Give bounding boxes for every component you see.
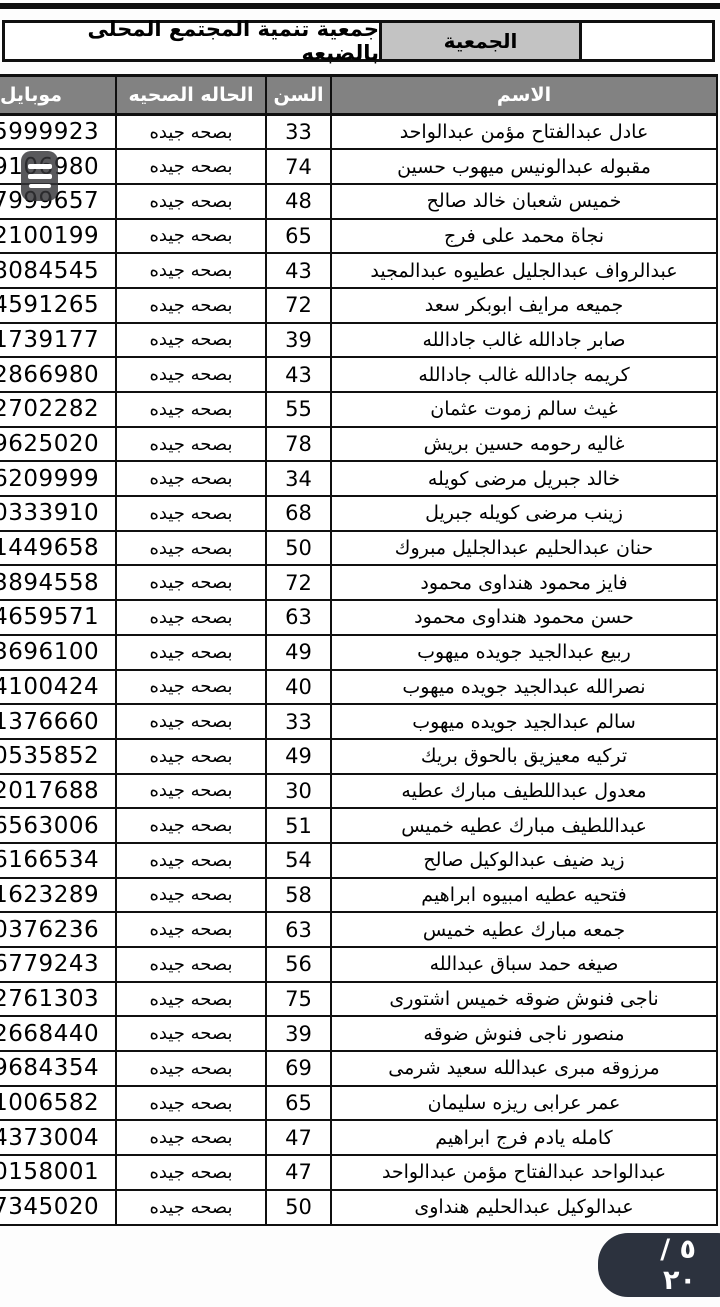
age-cell: 40 bbox=[266, 670, 331, 705]
name-cell: عبدالواحد عبدالفتاح مؤمن عبدالواحد bbox=[331, 1155, 717, 1190]
table-body: 285999923بصحه جيده33عادل عبدالفتاح مؤمن … bbox=[0, 115, 717, 1225]
mobile-cell: 001006582 bbox=[0, 1086, 116, 1121]
age-cell: 54 bbox=[266, 843, 331, 878]
age-cell: 50 bbox=[266, 531, 331, 566]
age-cell: 75 bbox=[266, 982, 331, 1017]
health-cell: بصحه جيده bbox=[116, 357, 266, 392]
mobile-cell: 220376236 bbox=[0, 912, 116, 947]
mobile-cell: 273894558 bbox=[0, 565, 116, 600]
health-cell: بصحه جيده bbox=[116, 704, 266, 739]
name-cell: صابر جادالله غالب جادالله bbox=[331, 323, 717, 358]
age-cell: 58 bbox=[266, 878, 331, 913]
table-row: 284659571بصحه جيده63حسن محمود هنداوى محم… bbox=[0, 600, 717, 635]
name-cell: خميس شعبان خالد صالح bbox=[331, 184, 717, 219]
table-row: 280535852بصحه جيده49تركيه معيزيق بالحوق … bbox=[0, 739, 717, 774]
mobile-cell: 226779243 bbox=[0, 947, 116, 982]
age-cell: 69 bbox=[266, 1051, 331, 1086]
name-cell: خالد جبريل مرضى كويله bbox=[331, 461, 717, 496]
table-row: 229106980بصحه جيده74مقبوله عبدالونيس ميه… bbox=[0, 149, 717, 184]
mobile-cell: 281376660 bbox=[0, 704, 116, 739]
top-divider-rule bbox=[0, 3, 720, 9]
name-cell: نصرالله عبدالجيد جويده ميهوب bbox=[331, 670, 717, 705]
name-cell: صيغه حمد سباق عبدالله bbox=[331, 947, 717, 982]
mobile-cell: 111739177 bbox=[0, 323, 116, 358]
column-header-mobile: موبايل bbox=[0, 76, 116, 115]
table-row: 224100424بصحه جيده40نصرالله عبدالجيد جوي… bbox=[0, 670, 717, 705]
health-cell: بصحه جيده bbox=[116, 1016, 266, 1051]
table-header-row: موبايل الحاله الصحيه السن الاسم bbox=[0, 76, 717, 115]
health-cell: بصحه جيده bbox=[116, 149, 266, 184]
table-row: 001006582بصحه جيده65عمر عرابى ريزه سليما… bbox=[0, 1086, 717, 1121]
age-cell: 63 bbox=[266, 600, 331, 635]
name-cell: زينب مرضى كويله جبريل bbox=[331, 496, 717, 531]
health-cell: بصحه جيده bbox=[116, 531, 266, 566]
age-cell: 34 bbox=[266, 461, 331, 496]
table-row: 221623289بصحه جيده58فتحيه عطيه امبيوه اب… bbox=[0, 878, 717, 913]
table-row: 222866980بصحه جيده43كريمه جادالله غالب ج… bbox=[0, 357, 717, 392]
name-cell: تركيه معيزيق بالحوق بريك bbox=[331, 739, 717, 774]
health-cell: بصحه جيده bbox=[116, 982, 266, 1017]
name-cell: فتحيه عطيه امبيوه ابراهيم bbox=[331, 878, 717, 913]
table-row: 227345020بصحه جيده50عبدالوكيل عبدالحليم … bbox=[0, 1190, 717, 1225]
health-cell: بصحه جيده bbox=[116, 600, 266, 635]
name-cell: سالم عبدالجيد جويده ميهوب bbox=[331, 704, 717, 739]
table-row: 016209999بصحه جيده34خالد جبريل مرضى كويل… bbox=[0, 461, 717, 496]
age-cell: 72 bbox=[266, 288, 331, 323]
table-row: 222761303بصحه جيده75ناجى فنوش ضوقه خميس … bbox=[0, 982, 717, 1017]
age-cell: 74 bbox=[266, 149, 331, 184]
name-cell: عبداللطيف مبارك عطيه خميس bbox=[331, 808, 717, 843]
name-cell: حنان عبدالحليم عبدالجليل مبروك bbox=[331, 531, 717, 566]
health-cell: بصحه جيده bbox=[116, 912, 266, 947]
org-blank-box bbox=[579, 20, 715, 62]
table-row: 223696100بصحه جيده49ربيع عبدالجيد جويده … bbox=[0, 635, 717, 670]
health-cell: بصحه جيده bbox=[116, 323, 266, 358]
age-cell: 33 bbox=[266, 115, 331, 150]
table-row: 281376660بصحه جيده33سالم عبدالجيد جويده … bbox=[0, 704, 717, 739]
name-cell: مرزوقه مبرى عبدالله سعيد شرمى bbox=[331, 1051, 717, 1086]
health-cell: بصحه جيده bbox=[116, 288, 266, 323]
mobile-cell: 100158001 bbox=[0, 1155, 116, 1190]
table-row: 220376236بصحه جيده63جمعه مبارك عطيه خميس bbox=[0, 912, 717, 947]
name-cell: عبدالوكيل عبدالحليم هنداوى bbox=[331, 1190, 717, 1225]
table-row: 280333910بصحه جيده68زينب مرضى كويله جبري… bbox=[0, 496, 717, 531]
name-cell: نجاة محمد على فرج bbox=[331, 219, 717, 254]
table-row: 273894558بصحه جيده72فايز محمود هنداوى مح… bbox=[0, 565, 717, 600]
mobile-cell: 024591265 bbox=[0, 288, 116, 323]
mobile-cell: 152100199 bbox=[0, 219, 116, 254]
health-cell: بصحه جيده bbox=[116, 427, 266, 462]
name-cell: كريمه جادالله غالب جادالله bbox=[331, 357, 717, 392]
mobile-cell: 229106980 bbox=[0, 149, 116, 184]
age-cell: 49 bbox=[266, 635, 331, 670]
age-cell: 72 bbox=[266, 565, 331, 600]
table-row: 114373004بصحه جيده47كامله يادم فرج ابراه… bbox=[0, 1120, 717, 1155]
name-cell: معدول عبداللطيف مبارك عطيه bbox=[331, 774, 717, 809]
mobile-cell: 227345020 bbox=[0, 1190, 116, 1225]
age-cell: 51 bbox=[266, 808, 331, 843]
table-row: 226563006بصحه جيده51عبداللطيف مبارك عطيه… bbox=[0, 808, 717, 843]
name-cell: ربيع عبدالجيد جويده ميهوب bbox=[331, 635, 717, 670]
health-cell: بصحه جيده bbox=[116, 739, 266, 774]
table-row: 552017688بصحه جيده30معدول عبداللطيف مبار… bbox=[0, 774, 717, 809]
health-cell: بصحه جيده bbox=[116, 219, 266, 254]
document-page: { "org": { "title": "جمعية تنمية المجتمع… bbox=[0, 0, 720, 1307]
age-cell: 63 bbox=[266, 912, 331, 947]
mobile-cell: 284659571 bbox=[0, 600, 116, 635]
age-cell: 65 bbox=[266, 1086, 331, 1121]
table-row: 229684354بصحه جيده69مرزوقه مبرى عبدالله … bbox=[0, 1051, 717, 1086]
health-cell: بصحه جيده bbox=[116, 184, 266, 219]
table-row: 119625020بصحه جيده78غاليه رحومه حسين بري… bbox=[0, 427, 717, 462]
health-cell: بصحه جيده bbox=[116, 670, 266, 705]
name-cell: مقبوله عبدالونيس ميهوب حسين bbox=[331, 149, 717, 184]
table-row: 111739177بصحه جيده39صابر جادالله غالب جا… bbox=[0, 323, 717, 358]
name-cell: جمعه مبارك عطيه خميس bbox=[331, 912, 717, 947]
age-cell: 33 bbox=[266, 704, 331, 739]
mobile-cell: 226563006 bbox=[0, 808, 116, 843]
age-cell: 68 bbox=[266, 496, 331, 531]
mobile-cell: 224100424 bbox=[0, 670, 116, 705]
table-row: 227999657بصحه جيده48خميس شعبان خالد صالح bbox=[0, 184, 717, 219]
mobile-cell: 280535852 bbox=[0, 739, 116, 774]
table-row: 152100199بصحه جيده65نجاة محمد على فرج bbox=[0, 219, 717, 254]
page-indicator-text: ٥ / ٢٠ bbox=[624, 1234, 696, 1296]
name-cell: زيد ضيف عبدالوكيل صالح bbox=[331, 843, 717, 878]
mobile-cell: 206166534 bbox=[0, 843, 116, 878]
name-cell: عبدالرواف عبدالجليل عطيوه عبدالمجيد bbox=[331, 253, 717, 288]
table-row: 206166534بصحه جيده54زيد ضيف عبدالوكيل صا… bbox=[0, 843, 717, 878]
mobile-cell: 222866980 bbox=[0, 357, 116, 392]
age-cell: 56 bbox=[266, 947, 331, 982]
table-row: 281449658بصحه جيده50حنان عبدالحليم عبدال… bbox=[0, 531, 717, 566]
name-cell: حسن محمود هنداوى محمود bbox=[331, 600, 717, 635]
health-cell: بصحه جيده bbox=[116, 461, 266, 496]
health-cell: بصحه جيده bbox=[116, 115, 266, 150]
org-title-box: جمعية تنمية المجتمع المحلى بالضبعه bbox=[2, 20, 382, 62]
name-cell: غيث سالم زموت عثمان bbox=[331, 392, 717, 427]
name-cell: عمر عرابى ريزه سليمان bbox=[331, 1086, 717, 1121]
org-title-text: جمعية تنمية المجتمع المحلى بالضبعه bbox=[5, 17, 379, 65]
mobile-cell: 016209999 bbox=[0, 461, 116, 496]
health-cell: بصحه جيده bbox=[116, 496, 266, 531]
name-cell: كامله يادم فرج ابراهيم bbox=[331, 1120, 717, 1155]
name-cell: ناجى فنوش ضوقه خميس اشتورى bbox=[331, 982, 717, 1017]
health-cell: بصحه جيده bbox=[116, 808, 266, 843]
health-cell: بصحه جيده bbox=[116, 253, 266, 288]
health-cell: بصحه جيده bbox=[116, 878, 266, 913]
mobile-cell: 222761303 bbox=[0, 982, 116, 1017]
mobile-cell: 114373004 bbox=[0, 1120, 116, 1155]
mobile-cell: 098084545 bbox=[0, 253, 116, 288]
mobile-cell: 229684354 bbox=[0, 1051, 116, 1086]
name-cell: فايز محمود هنداوى محمود bbox=[331, 565, 717, 600]
health-cell: بصحه جيده bbox=[116, 843, 266, 878]
mobile-cell: 280333910 bbox=[0, 496, 116, 531]
table-row: 285999923بصحه جيده33عادل عبدالفتاح مؤمن … bbox=[0, 115, 717, 150]
org-label-box: الجمعية bbox=[379, 20, 582, 62]
page-indicator-badge: ٥ / ٢٠ bbox=[598, 1233, 720, 1297]
age-cell: 39 bbox=[266, 323, 331, 358]
name-cell: منصور ناجى فنوش ضوقه bbox=[331, 1016, 717, 1051]
age-cell: 48 bbox=[266, 184, 331, 219]
mobile-cell: 222702282 bbox=[0, 392, 116, 427]
health-cell: بصحه جيده bbox=[116, 635, 266, 670]
age-cell: 43 bbox=[266, 357, 331, 392]
health-cell: بصحه جيده bbox=[116, 565, 266, 600]
mobile-cell: 281449658 bbox=[0, 531, 116, 566]
age-cell: 55 bbox=[266, 392, 331, 427]
age-cell: 47 bbox=[266, 1120, 331, 1155]
mobile-cell: 221623289 bbox=[0, 878, 116, 913]
column-header-age: السن bbox=[266, 76, 331, 115]
age-cell: 65 bbox=[266, 219, 331, 254]
column-header-name: الاسم bbox=[331, 76, 717, 115]
org-header-strip: جمعية تنمية المجتمع المحلى بالضبعه الجمع… bbox=[2, 20, 718, 62]
mobile-cell: 285999923 bbox=[0, 115, 116, 150]
table-row: 226779243بصحه جيده56صيغه حمد سباق عبدالل… bbox=[0, 947, 717, 982]
table-row: 098084545بصحه جيده43عبدالرواف عبدالجليل … bbox=[0, 253, 717, 288]
mobile-cell: 202668440 bbox=[0, 1016, 116, 1051]
health-cell: بصحه جيده bbox=[116, 1190, 266, 1225]
members-table: موبايل الحاله الصحيه السن الاسم 28599992… bbox=[0, 74, 718, 1226]
name-cell: جميعه مرايف ابوبكر سعد bbox=[331, 288, 717, 323]
age-cell: 49 bbox=[266, 739, 331, 774]
age-cell: 50 bbox=[266, 1190, 331, 1225]
mobile-cell: 223696100 bbox=[0, 635, 116, 670]
name-cell: عادل عبدالفتاح مؤمن عبدالواحد bbox=[331, 115, 717, 150]
members-table-wrap: موبايل الحاله الصحيه السن الاسم 28599992… bbox=[0, 74, 718, 1226]
health-cell: بصحه جيده bbox=[116, 774, 266, 809]
age-cell: 78 bbox=[266, 427, 331, 462]
menu-overlay-button[interactable] bbox=[21, 151, 58, 201]
mobile-cell: 227999657 bbox=[0, 184, 116, 219]
health-cell: بصحه جيده bbox=[116, 947, 266, 982]
org-label-text: الجمعية bbox=[444, 29, 518, 53]
age-cell: 39 bbox=[266, 1016, 331, 1051]
table-row: 024591265بصحه جيده72جميعه مرايف ابوبكر س… bbox=[0, 288, 717, 323]
health-cell: بصحه جيده bbox=[116, 1120, 266, 1155]
health-cell: بصحه جيده bbox=[116, 1155, 266, 1190]
mobile-cell: 119625020 bbox=[0, 427, 116, 462]
health-cell: بصحه جيده bbox=[116, 1051, 266, 1086]
age-cell: 30 bbox=[266, 774, 331, 809]
health-cell: بصحه جيده bbox=[116, 392, 266, 427]
table-row: 222702282بصحه جيده55غيث سالم زموت عثمان bbox=[0, 392, 717, 427]
age-cell: 43 bbox=[266, 253, 331, 288]
name-cell: غاليه رحومه حسين بريش bbox=[331, 427, 717, 462]
table-row: 202668440بصحه جيده39منصور ناجى فنوش ضوقه bbox=[0, 1016, 717, 1051]
health-cell: بصحه جيده bbox=[116, 1086, 266, 1121]
column-header-health: الحاله الصحيه bbox=[116, 76, 266, 115]
table-row: 100158001بصحه جيده47عبدالواحد عبدالفتاح … bbox=[0, 1155, 717, 1190]
mobile-cell: 552017688 bbox=[0, 774, 116, 809]
age-cell: 47 bbox=[266, 1155, 331, 1190]
